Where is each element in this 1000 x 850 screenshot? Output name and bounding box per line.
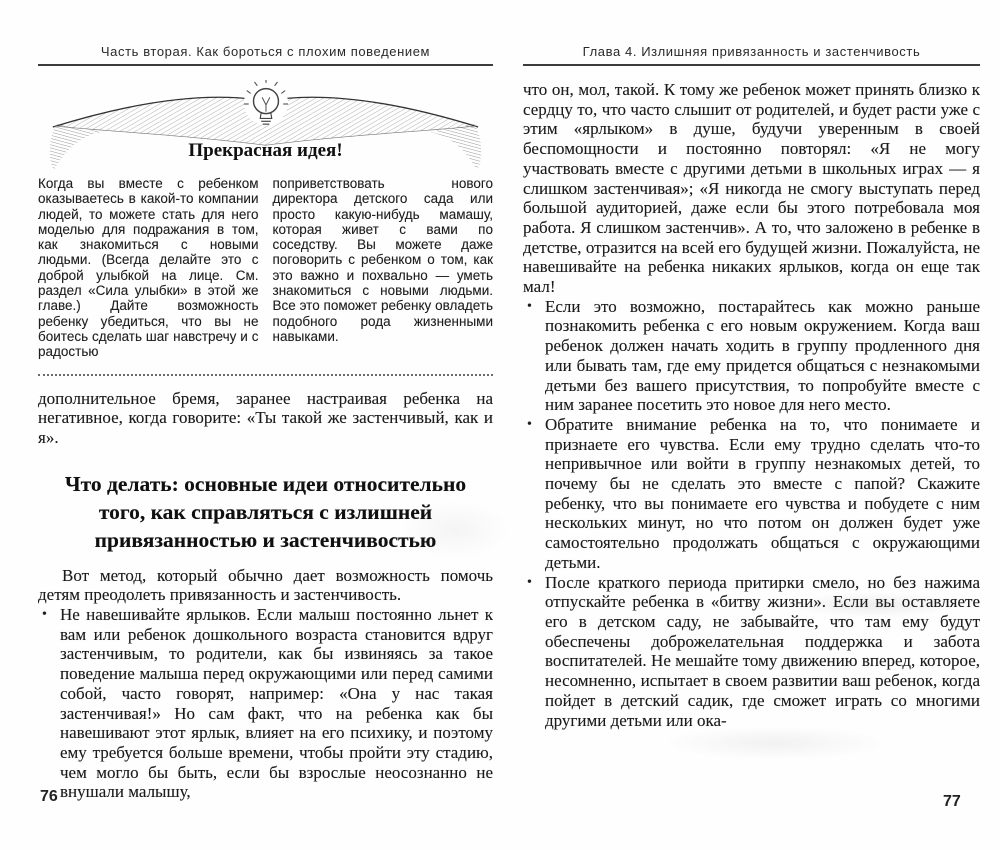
book-scan: { "ui": { "bullet_char": "•" }, "left_pa… (0, 0, 1000, 850)
bullet-text: Не навешивайте ярлыков. Если малыш посто… (60, 605, 493, 802)
idea-box-column-right: поприветствовать нового директора детско… (273, 176, 494, 360)
bullet-marker: • (523, 297, 545, 415)
left-page: Часть вторая. Как бороться с плохим пове… (38, 44, 493, 802)
idea-box-title: Прекрасная идея! (38, 140, 493, 162)
intro-paragraph: Вот метод, который обычно дает возможнос… (38, 566, 493, 605)
idea-box-column-left: Когда вы вместе с ребенком оказываетесь … (38, 176, 259, 360)
idea-box-columns: Когда вы вместе с ребенком оказываетесь … (38, 176, 493, 360)
right-page: Глава 4. Излишняя привязанность и застен… (523, 44, 980, 730)
bullet-marker: • (38, 605, 60, 802)
left-continuation-paragraph: дополнительное бремя, заранее настраивая… (38, 389, 493, 448)
bullet-item: • Обратите внимание ребенка на то, что п… (523, 415, 980, 573)
bullet-item: • Не навешивайте ярлыков. Если малыш пос… (38, 605, 493, 802)
bullet-marker: • (523, 415, 545, 573)
scan-artifact (660, 726, 890, 760)
right-running-header: Глава 4. Излишняя привязанность и застен… (523, 44, 980, 66)
left-running-header: Часть вторая. Как бороться с плохим пове… (38, 44, 493, 66)
bullet-item: • После краткого периода притирки смело,… (523, 573, 980, 731)
left-page-number: 76 (40, 788, 58, 806)
right-continuation-paragraph: что он, мол, такой. К тому же ребенок мо… (523, 80, 980, 297)
bullet-text: Обратите внимание ребенка на то, что пон… (545, 415, 980, 573)
bullet-text: Если это возможно, постарайтесь как можн… (545, 297, 980, 415)
bullet-text: После краткого периода притирки смело, н… (545, 573, 980, 731)
idea-box: Прекрасная идея! Когда вы вместе с ребен… (38, 80, 493, 376)
right-page-number: 77 (943, 793, 961, 811)
section-heading: Что делать: основные идеи относительно т… (42, 470, 489, 554)
bullet-marker: • (523, 573, 545, 731)
lightbulb-idea-icon (244, 80, 288, 125)
bullet-item: • Если это возможно, постарайтесь как мо… (523, 297, 980, 415)
